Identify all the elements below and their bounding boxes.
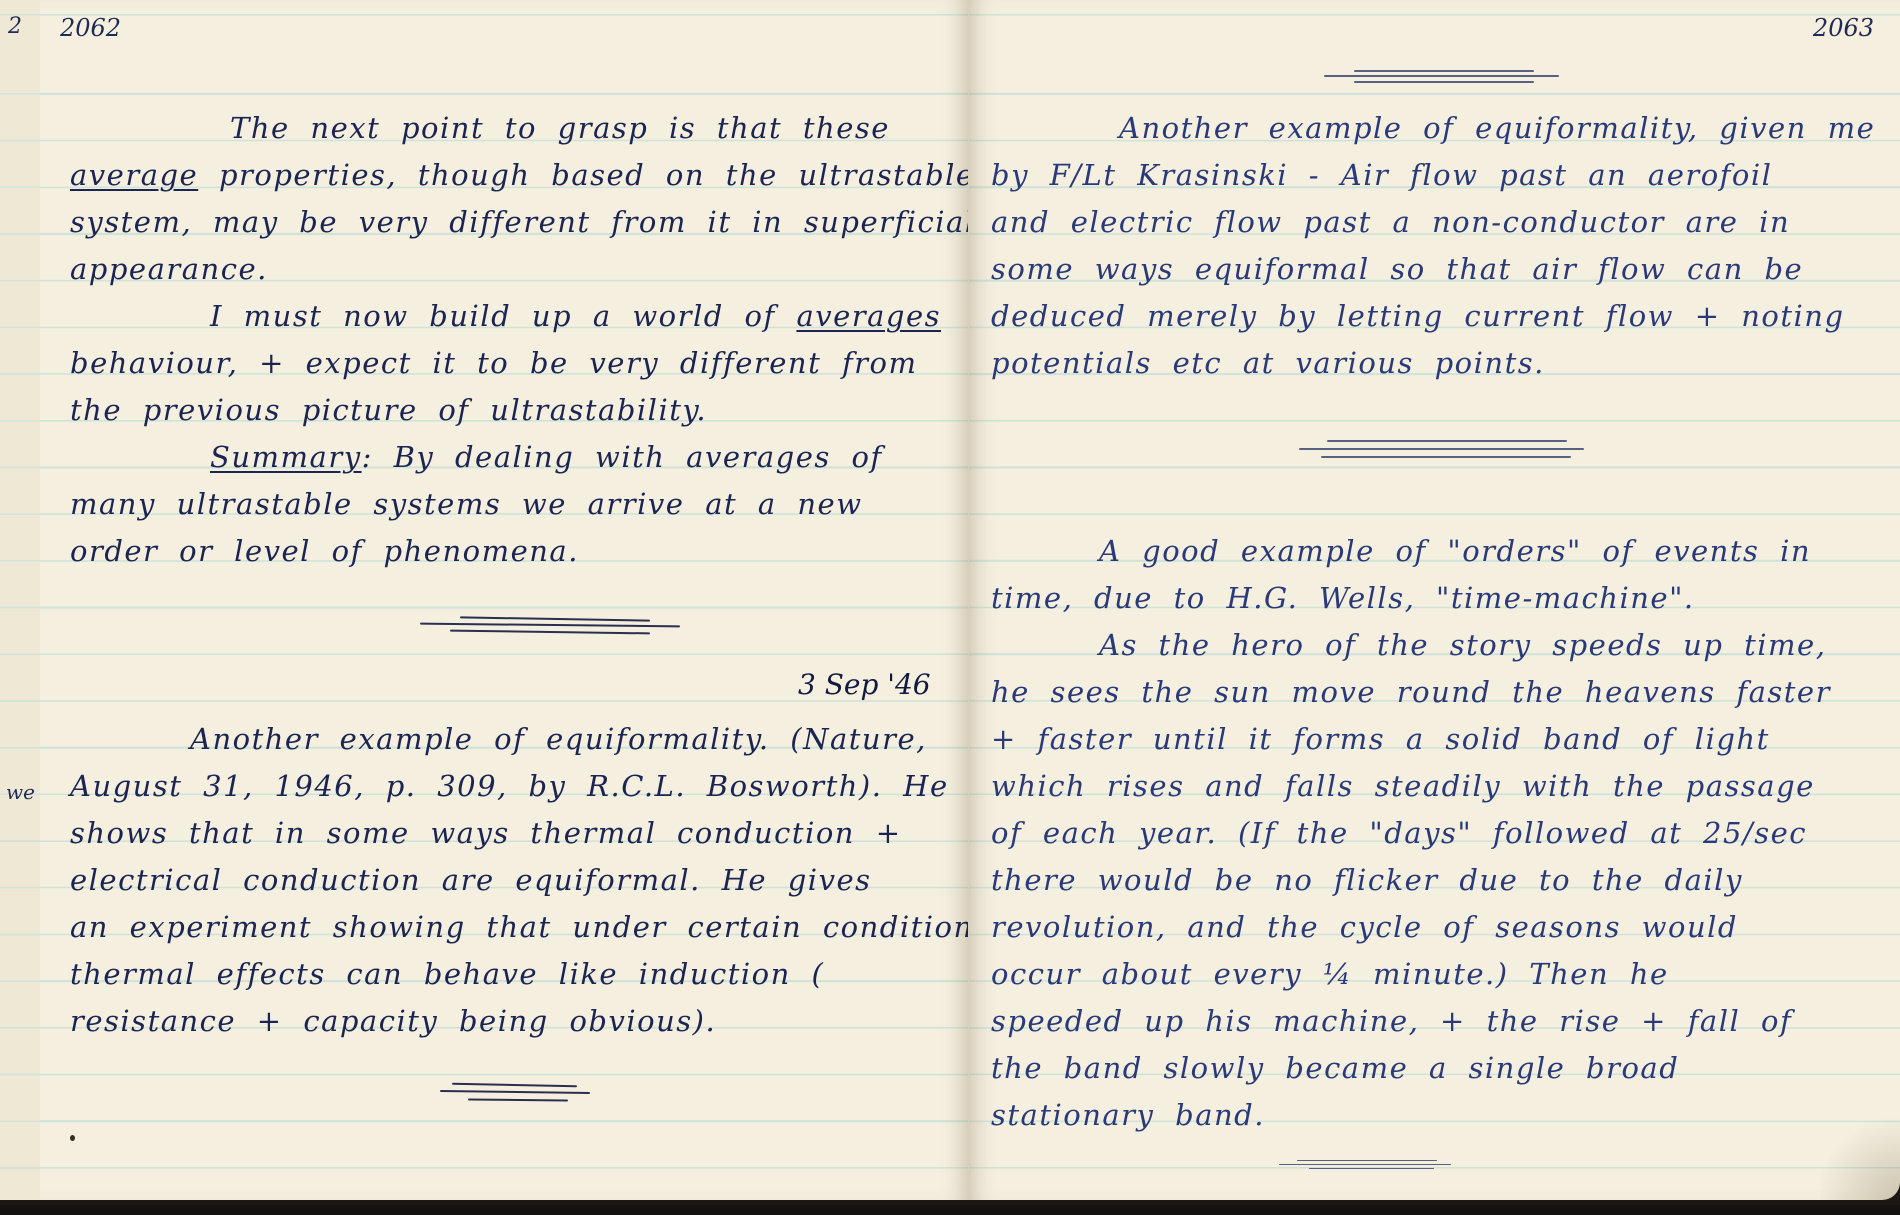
entry-date: 3 Sep '46	[798, 668, 931, 701]
section-divider	[1279, 1160, 1454, 1174]
text-line: an experiment showing that under certain…	[70, 904, 969, 951]
text-line: system, may be very different from it in…	[70, 199, 969, 246]
text-line: order or level of phenomena.	[70, 528, 579, 575]
text-line: time, due to H.G. Wells, "time-machine".	[991, 575, 1695, 622]
text-line: deduced merely by letting current flow +…	[991, 293, 1845, 340]
text-line: August 31, 1946, p. 309, by R.C.L. Boswo…	[70, 763, 949, 810]
previous-page-edge: 2 we	[0, 0, 42, 1200]
text-line: there would be no flicker due to the dai…	[991, 857, 1743, 904]
text-line: average properties, though based on the …	[70, 152, 969, 199]
text-fragment: I must now build up a world of	[210, 299, 776, 333]
text-line: electrical conduction are equiformal. He…	[70, 857, 872, 904]
underlined-word: average	[70, 158, 198, 192]
text-line: some ways equiformal so that air flow ca…	[991, 246, 1803, 293]
text-line: shows that in some ways thermal conducti…	[70, 810, 902, 857]
text-line: which rises and falls steadily with the …	[991, 763, 1815, 810]
section-divider	[1324, 70, 1564, 84]
text-line: The next point to grasp is that these	[230, 105, 890, 152]
text-fragment: : By dealing with averages of	[362, 440, 883, 474]
page-number-right: 2063	[1813, 14, 1874, 42]
text-line: many ultrastable systems we arrive at a …	[70, 481, 863, 528]
edge-page-number: 2	[8, 14, 22, 39]
text-line: speeded up his machine, + the rise + fal…	[991, 998, 1792, 1045]
text-line: of each year. (If the "days" followed at…	[991, 810, 1807, 857]
text-line: Another example of equiformality. (Natur…	[190, 716, 927, 763]
right-page: 2063 Another example of equiformality, g…	[969, 0, 1900, 1200]
text-line: revolution, and the cycle of seasons wou…	[991, 904, 1738, 951]
text-line: stationary band.	[991, 1092, 1265, 1139]
section-divider	[440, 1084, 600, 1098]
text-line: As the hero of the story speeds up time,	[1099, 622, 1826, 669]
edge-margin-note: we	[6, 780, 35, 804]
underlined-word: Summary	[210, 440, 362, 474]
text-line: I must now build up a world of averages	[210, 293, 941, 340]
text-line: thermal effects can behave like inductio…	[70, 951, 824, 998]
text-line: the band slowly became a single broad	[991, 1045, 1679, 1092]
section-divider	[420, 618, 690, 632]
page-number-left: 2062	[60, 14, 121, 42]
text-line: Another example of equiformality, given …	[1119, 105, 1875, 152]
text-line: appearance.	[70, 246, 268, 293]
text-line: occur about every ¼ minute.) Then he	[991, 951, 1669, 998]
left-page: 2062 The next point to grasp is that the…	[40, 0, 969, 1200]
text-line: resistance + capacity being obvious).	[70, 998, 716, 1045]
text-line: and electric flow past a non-conductor a…	[991, 199, 1790, 246]
notebook-spread: 2 we 2062 The next point to grasp is tha…	[0, 0, 1900, 1205]
text-line: the previous picture of ultrastability.	[70, 387, 707, 434]
text-fragment: properties, though based on the ultrasta…	[219, 158, 969, 192]
text-line: + faster until it forms a solid band of …	[991, 716, 1770, 763]
text-line: potentials etc at various points.	[991, 340, 1545, 387]
section-divider	[1299, 440, 1589, 454]
ink-speck	[70, 1135, 75, 1141]
underlined-word: averages	[796, 299, 941, 333]
page-corner-shadow	[1820, 1110, 1900, 1200]
text-line: behaviour, + expect it to be very differ…	[70, 340, 918, 387]
text-line: Summary: By dealing with averages of	[210, 434, 883, 481]
text-line: A good example of "orders" of events in	[1099, 528, 1811, 575]
text-line: he sees the sun move round the heavens f…	[991, 669, 1831, 716]
text-line: by F/Lt Krasinski - Air flow past an aer…	[991, 152, 1772, 199]
